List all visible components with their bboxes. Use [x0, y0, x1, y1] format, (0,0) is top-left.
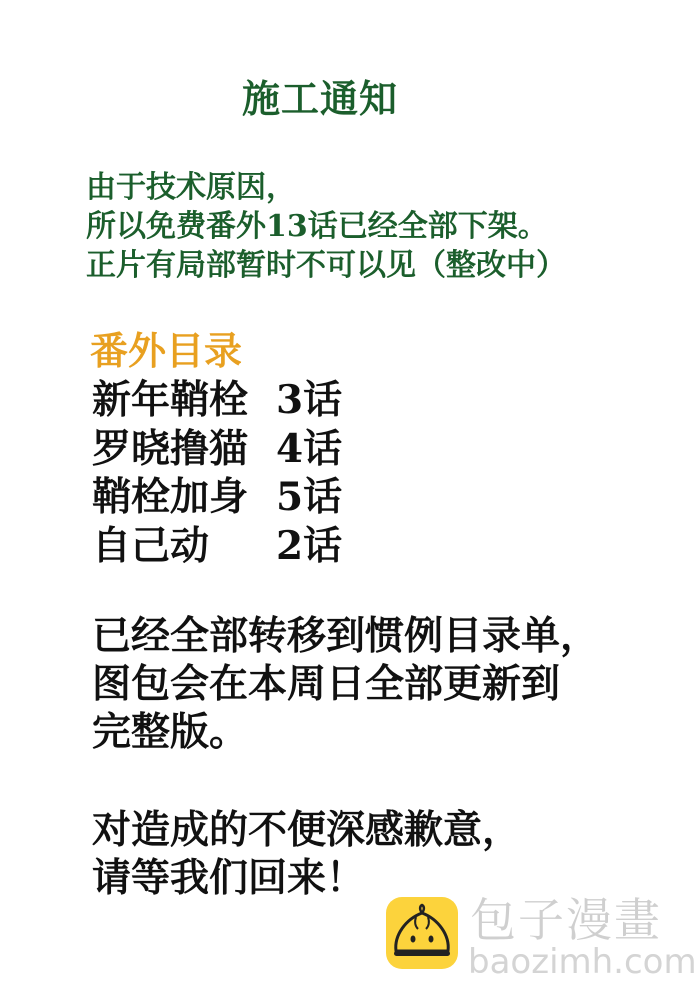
toc-item-name: 自己动 — [92, 522, 209, 571]
steamed-bun-icon — [386, 897, 458, 969]
watermark-brand-name: 包子漫畫 — [470, 892, 662, 948]
transfer-paragraph: 已经全部转移到惯例目录单， 图包会在本周日全部更新到 完整版。 — [92, 612, 599, 756]
watermark-url: baozimh.com — [468, 944, 697, 980]
toc-item: 鞘栓加身 5话 — [92, 473, 372, 522]
toc-item-count: 5话 — [276, 473, 342, 522]
toc-list: 新年鞘栓 3话 罗晓撸猫 4话 鞘栓加身 5话 自己动 2话 — [92, 376, 372, 570]
notice-line: 所以免费番外13话已经全部下架。 — [86, 207, 566, 246]
toc-title: 番外目录 — [90, 328, 242, 374]
toc-item: 罗晓撸猫 4话 — [92, 425, 372, 474]
toc-item: 自己动 2话 — [92, 522, 372, 571]
toc-item-count: 4话 — [276, 425, 342, 474]
apology-paragraph: 对造成的不便深感歉意， 请等我们回来！ — [92, 806, 521, 902]
toc-item-name: 新年鞘栓 — [92, 376, 248, 425]
toc-item-count: 3话 — [276, 376, 342, 425]
toc-item: 新年鞘栓 3话 — [92, 376, 372, 425]
paragraph-line: 已经全部转移到惯例目录单， — [92, 612, 599, 660]
paragraph-line: 请等我们回来！ — [92, 854, 521, 902]
paragraph-line: 图包会在本周日全部更新到 — [92, 660, 599, 708]
steamed-bun-icon-svg — [386, 897, 458, 969]
notice-block: 由于技术原因， 所以免费番外13话已经全部下架。 正片有局部暂时不可以见（整改中… — [86, 168, 566, 285]
paragraph-line: 对造成的不便深感歉意， — [92, 806, 521, 854]
paragraph-line: 完整版。 — [92, 708, 599, 756]
notice-line: 由于技术原因， — [86, 168, 566, 207]
page-title: 施工通知 — [242, 76, 398, 122]
toc-item-count: 2话 — [276, 522, 342, 571]
notice-line: 正片有局部暂时不可以见（整改中） — [86, 246, 566, 285]
toc-item-name: 鞘栓加身 — [92, 473, 248, 522]
toc-item-name: 罗晓撸猫 — [92, 425, 248, 474]
